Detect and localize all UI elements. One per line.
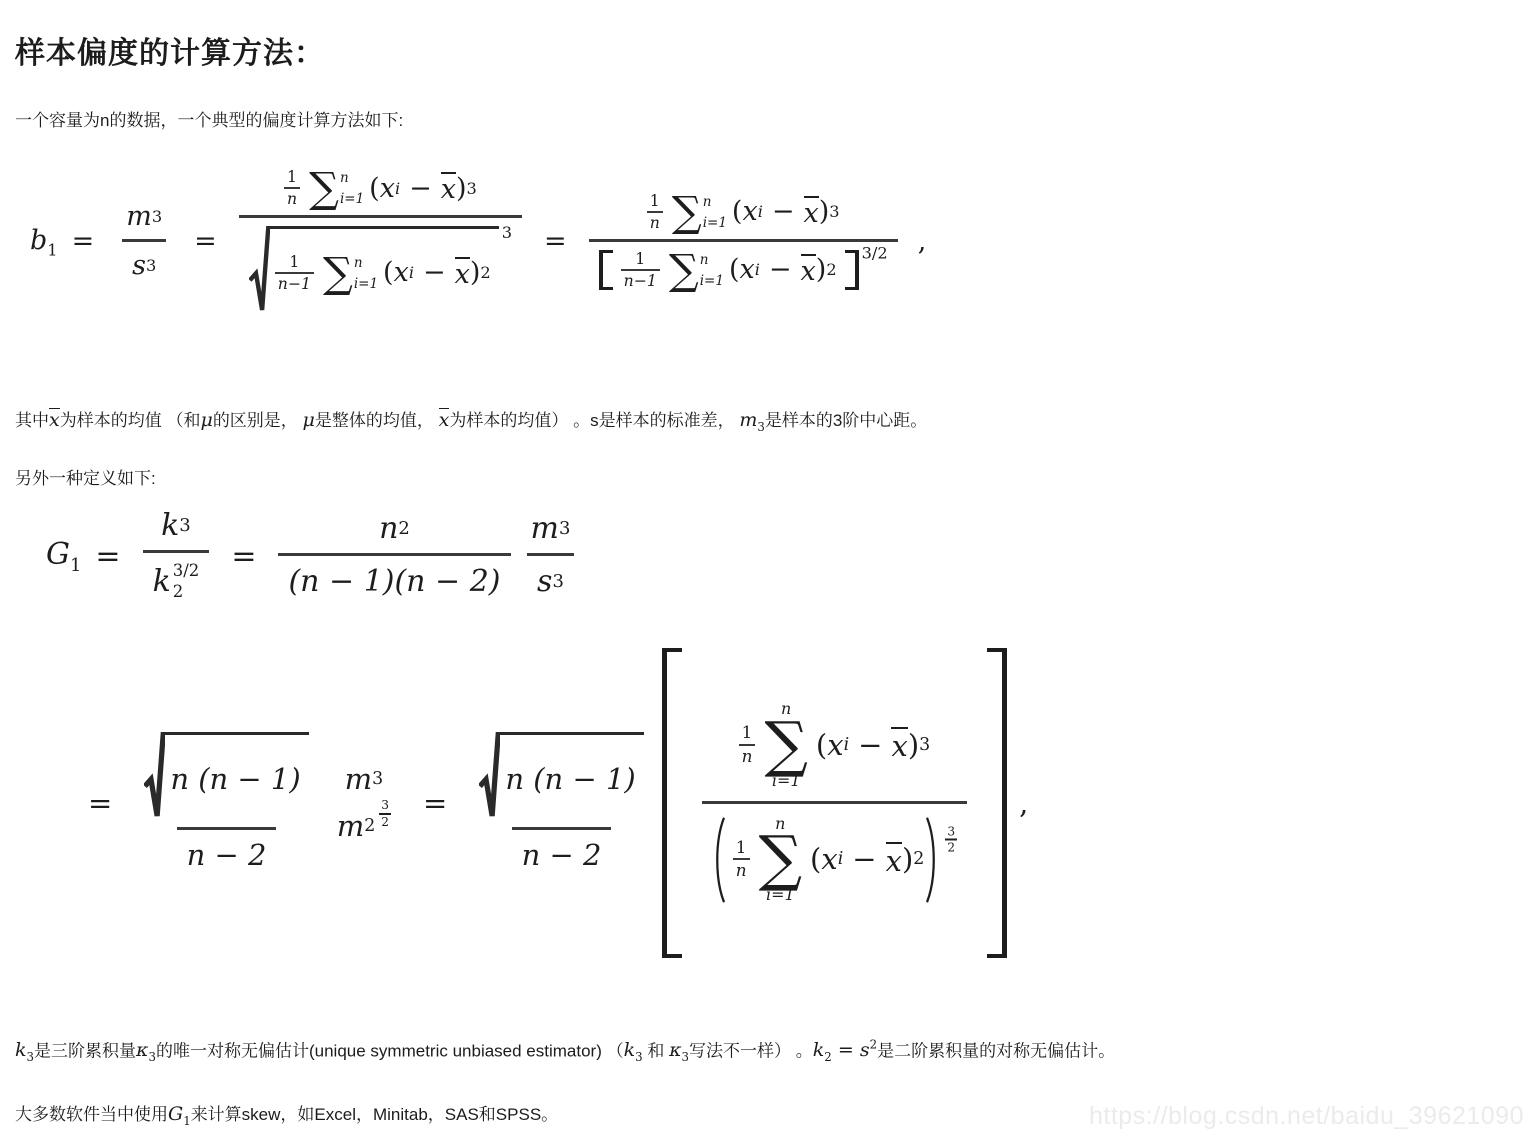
num-3: 3 [947,825,955,839]
minus-sign: − [769,254,792,285]
xbar: x [886,842,902,876]
fraction-sum-over-bracket-32: 1n ∑ni=1 (xi−x)3 1n−1 ∑ni=1 (xi−x)2 3/2 [589,192,898,292]
text-segment: 是三阶累积量 [34,1041,136,1060]
text-segment: 为样本的均值） 。s是样本的标准差， [449,411,739,430]
software-paragraph: 大多数软件当中使用G1来计算skew，如Excel，Minitab，SAS和SP… [15,1101,558,1130]
sigma-icon: ∑ [309,168,339,208]
fraction-n2-over-product: n2 (n − 1)(n − 2) [278,511,510,601]
upper-limit: n [703,194,727,210]
sum-limits: ni=1 [354,253,378,293]
radicand: n (n − 1) [500,732,643,820]
num-3: 3 [381,798,389,812]
var-G: G [46,537,70,572]
open-paren: ( [369,173,380,204]
summation-icon: ∑ni=1 [323,253,378,293]
small-fraction-1-over-n: 1n [733,838,750,881]
sup-3: 3 [919,735,930,755]
sub-3: 3 [152,207,162,226]
var-x: x [886,844,902,878]
sub-2: 2 [824,1050,832,1064]
var-n: n [379,511,398,546]
var-x: x [439,408,450,431]
num-1: 1 [632,250,648,269]
sup-sub-stack: 3/22 [173,561,200,602]
formula-g1-expanded: = n (n − 1) n − 2 m3 m232 = n (n − 1) n … [88,648,1028,958]
alternate-definition-paragraph: 另外一种定义如下: [15,467,156,492]
numerator: n (n − 1) [469,732,653,827]
exponent-3-over-2: 32 [945,825,957,855]
text-segment: 的唯一对称无偏估计(unique symmetric unbiased esti… [156,1041,624,1060]
denominator: n − 2 [177,827,277,874]
var-x: x [891,729,907,763]
var-kappa3: κ3 [669,1039,689,1061]
minus-sign: − [852,842,876,876]
var-k: k [15,1039,27,1061]
lower-limit: i=1 [766,887,795,903]
var-k: k [153,564,171,599]
den-n-1: n−1 [275,272,314,293]
blog-article-page: { "page": { "title": "样本偏度的计算方法：", "intr… [0,0,1534,1143]
sub-3: 3 [372,769,383,789]
den-n: n [733,858,750,880]
var-m3: m3 [739,409,765,431]
denominator: s3 [122,239,166,283]
n-times-n-1: n (n − 1) [170,762,300,796]
open-bracket-icon [599,250,613,290]
minus-sign: − [772,196,795,227]
close-paren: ) [819,196,830,227]
small-fraction-1-over-n: 1n [647,192,663,232]
var-s: s [537,564,552,599]
lower-limit: i=1 [700,273,724,289]
var-mu: μ [303,409,315,431]
open-paren: ( [729,254,740,285]
sub-2: 2 [364,816,375,836]
k3-explanation-paragraph: k3是三阶累积量κ3的唯一对称无偏估计(unique symmetric unb… [15,1037,1115,1066]
small-fraction-1-over-n-1: 1n−1 [275,253,314,293]
text-segment: 是二阶累积量的对称无偏估计。 [877,1041,1115,1060]
fraction-sqrt-nn1-over-n2: n (n − 1) n − 2 [469,732,653,874]
den-n: n [739,744,756,766]
sup-2: 2 [398,518,409,539]
numerator: 1n ∑ni=1 (xi−x)3 [637,192,850,239]
num-1: 1 [733,838,750,858]
var-b1: b1 [30,225,58,259]
lower-limit: i=1 [354,276,378,292]
var-x: x [827,728,843,762]
text-segment: 大多数软件当中使用 [15,1105,168,1124]
k2-equals-s2: k2 = s2 [813,1039,877,1061]
sum-limits: ni=1 [703,192,727,232]
minus-sign: − [409,173,432,204]
sub-i: i [838,849,844,869]
sup-3: 3 [502,223,512,242]
summation-icon: n∑i=1 [764,701,807,789]
var-x: x [804,198,819,229]
var-x: x [441,174,456,205]
close-paren: ) [470,257,481,288]
fraction-k3-over-k2-32: k3 k3/22 [143,508,210,604]
xbar: x [801,254,816,286]
var-s: s [860,1039,870,1061]
fraction-sum-over-sqrt: 1n ∑ni=1 (xi−x)3 1n−1 ∑ni=1 (xi−x)2 3 [239,168,522,316]
sup-3: 3 [146,256,156,275]
page-title: 样本偏度的计算方法： [15,28,325,72]
close-paren: ) [908,728,919,762]
upper-limit: n [700,252,724,268]
close-paren: ) [816,254,827,285]
text-segment: 是样本的3阶中心距。 [765,411,927,430]
equals-sign: = [194,226,217,257]
radicand: 1n−1 ∑ni=1 (xi−x)2 [270,226,499,314]
sub-3: 3 [682,1050,690,1064]
product-n-1-n-2: (n − 1)(n − 2) [288,564,500,599]
numerator: n (n − 1) [134,732,318,827]
fraction-sqrt-nn1-over-n2: n (n − 1) n − 2 [134,732,318,874]
denominator: s3 [527,553,574,601]
var-x: x [455,259,470,290]
sub-3: 3 [148,1050,156,1064]
var-kappa3: κ3 [136,1039,156,1061]
var-x: x [742,196,757,227]
open-paren: ( [810,842,821,876]
var-k3: k3 [624,1039,643,1061]
num-1: 1 [284,168,300,187]
den-n-1: n−1 [621,269,660,290]
sub-3: 3 [559,518,570,539]
radical-icon [479,732,500,820]
equals-sign: = [88,786,112,820]
numerator: m3 [335,762,394,803]
sigma-icon: ∑ [672,192,702,232]
text-segment: 和 [643,1041,669,1060]
var-G1: G1 [168,1103,191,1125]
sup-2: 2 [913,849,924,869]
numerator: 1n ∑ni=1 (xi−x)3 [274,168,487,215]
sub-1: 1 [70,555,81,576]
sub-i: i [409,263,414,282]
radical-icon [144,732,165,820]
sub-i: i [755,260,760,279]
sum-limits: ni=1 [340,168,364,208]
xbar: x [441,172,456,204]
upper-limit: n [340,170,364,186]
fraction-m3-over-m2-32: m3 m232 [327,762,401,845]
denominator: m232 [327,803,401,845]
sub-3: 3 [635,1050,643,1064]
var-m: m [531,511,559,546]
var-m: m [739,409,757,431]
var-k: k [624,1039,636,1061]
open-paren-icon [712,816,727,904]
close-paren-icon [924,816,939,904]
sigma-icon: ∑ [669,250,699,290]
var-mu: μ [200,409,212,431]
sub-i: i [844,735,850,755]
equals-sign: = [72,226,95,257]
sup-2: 2 [480,263,490,282]
open-paren: ( [816,728,827,762]
mean-explanation-paragraph: 其中x为样本的均值 （和μ的区别是， μ是整体的均值， x为样本的均值） 。s是… [15,407,927,436]
equals-sign: = [544,226,567,257]
fraction-m3-over-s3: m3 s3 [116,201,172,283]
summation-icon: ∑ni=1 [672,192,727,232]
numerator: m3 [116,201,172,239]
xbar: x [804,196,819,228]
numerator: m3 [521,511,581,553]
square-root: n (n − 1) [144,732,308,820]
xbar: x [891,727,907,761]
lower-limit: i=1 [340,191,364,207]
sub-i: i [395,179,400,198]
sub-2: 2 [173,582,184,603]
var-x: x [394,257,409,288]
text-segment: 其中 [15,411,49,430]
open-paren: ( [383,257,394,288]
xbar-inline: x [49,409,60,431]
text-segment: 写法不一样） 。 [689,1041,813,1060]
sub-3: 3 [27,1050,35,1064]
var-k: k [813,1039,825,1061]
den-2: 2 [379,812,391,828]
sup-2: 2 [826,260,836,279]
xbar-inline: x [439,409,450,431]
summation-icon: ∑ni=1 [669,250,724,290]
formula-b1: b1 = m3 s3 = 1n ∑ni=1 (xi−x)3 1n−1 ∑ni=1… [30,168,926,316]
equals-sign: = [231,539,256,574]
close-bracket-icon [987,648,1007,958]
sub-1: 1 [47,240,57,259]
sup-2: 2 [870,1038,878,1052]
var-b: b [30,225,47,256]
small-fraction-1-over-n: 1n [284,168,300,208]
sigma-icon: ∑ [759,831,802,887]
den-n: n [647,211,663,232]
denominator: 1n−1 ∑ni=1 (xi−x)2 3/2 [589,239,898,292]
minus-sign: − [423,257,446,288]
sub-1: 1 [183,1114,191,1128]
sup-3-2: 3/2 [862,243,888,262]
small-fraction-1-over-n: 1n [739,723,756,766]
var-x: x [739,254,754,285]
equals-sign: = [95,539,120,574]
numerator: n2 [369,511,420,553]
var-k3: k3 [15,1039,34,1061]
equals-sign: = [423,786,447,820]
fraction-m3-over-s3: m3 s3 [521,511,581,601]
denominator: k3/22 [143,550,210,604]
var-s: s [132,250,146,281]
sum-limits: ni=1 [700,250,724,290]
text-segment: 来计算skew，如Excel，Minitab，SAS和SPSS。 [191,1105,558,1124]
num-1: 1 [647,192,663,211]
equals-sign: = [838,1039,854,1061]
sup-3-2: 3/2 [173,561,200,582]
close-bracket-icon [845,250,859,290]
sub-3: 3 [179,515,190,536]
var-m: m [126,201,152,232]
var-kappa: κ [669,1039,681,1061]
text-segment: 的区别是， [213,411,303,430]
var-x: x [821,842,837,876]
var-G: G [168,1103,183,1125]
xbar: x [455,257,470,289]
open-paren: ( [732,196,743,227]
sigma-icon: ∑ [323,253,353,293]
numerator: k3 [151,508,201,550]
numerator: 1n n∑i=1 (xi−x)3 [729,701,941,801]
upper-limit: n [354,255,378,271]
var-m: m [345,762,373,796]
sub-i: i [758,202,763,221]
radical-icon [249,226,270,314]
summation-icon: n∑i=1 [759,816,802,904]
formula-g1-definition: G1 = k3 k3/22 = n2 (n − 1)(n − 2) m3 s3 [46,508,588,604]
bracketed-ratio: 1n n∑i=1 (xi−x)3 1n n∑i=1 (xi−x)2 32 [662,648,1007,958]
square-root: 1n−1 ∑ni=1 (xi−x)2 [249,226,499,314]
open-bracket-icon [662,648,682,958]
radicand: n (n − 1) [165,732,308,820]
n-minus-2: n − 2 [522,838,602,872]
lower-limit: i=1 [772,773,801,789]
denominator: n − 2 [512,827,612,874]
sup-3: 3 [467,179,477,198]
den-n: n [284,187,300,208]
sigma-icon: ∑ [764,717,807,773]
var-x: x [380,173,395,204]
var-kappa: κ [136,1039,148,1061]
lower-limit: i=1 [703,215,727,231]
text-segment: 为样本的均值 （和 [60,411,201,430]
text-segment: 是整体的均值， [315,411,439,430]
square-root: n (n − 1) [479,732,643,820]
n-minus-2: n − 2 [187,838,267,872]
den-2: 2 [945,839,957,855]
comma: , [1019,786,1028,820]
csdn-watermark: https://blog.csdn.net/baidu_39621090 [1089,1102,1524,1131]
summation-icon: ∑ni=1 [309,168,364,208]
denominator: 1n−1 ∑ni=1 (xi−x)2 3 [239,215,522,316]
n-times-n-1: n (n − 1) [505,762,635,796]
fraction-sum3-over-sum2-32: 1n n∑i=1 (xi−x)3 1n n∑i=1 (xi−x)2 32 [702,701,967,906]
denominator: 1n n∑i=1 (xi−x)2 32 [702,801,967,906]
var-G1: G1 [46,537,81,576]
comma: , [918,226,927,257]
var-k: k [161,508,179,543]
denominator: (n − 1)(n − 2) [278,553,510,601]
var-x: x [49,408,60,431]
var-m: m [337,809,365,843]
small-fraction-1-over-n-1: 1n−1 [621,250,660,290]
exponent-3-over-2: 32 [379,798,391,828]
close-paren: ) [456,173,467,204]
close-paren: ) [902,842,913,876]
minus-sign: − [858,728,882,762]
num-1: 1 [739,723,756,743]
sub-3: 3 [757,420,765,434]
sup-3: 3 [552,571,563,592]
intro-paragraph: 一个容量为n的数据，一个典型的偏度计算方法如下: [15,109,403,134]
num-1: 1 [286,253,302,272]
var-x: x [801,256,816,287]
sup-3: 3 [829,202,839,221]
